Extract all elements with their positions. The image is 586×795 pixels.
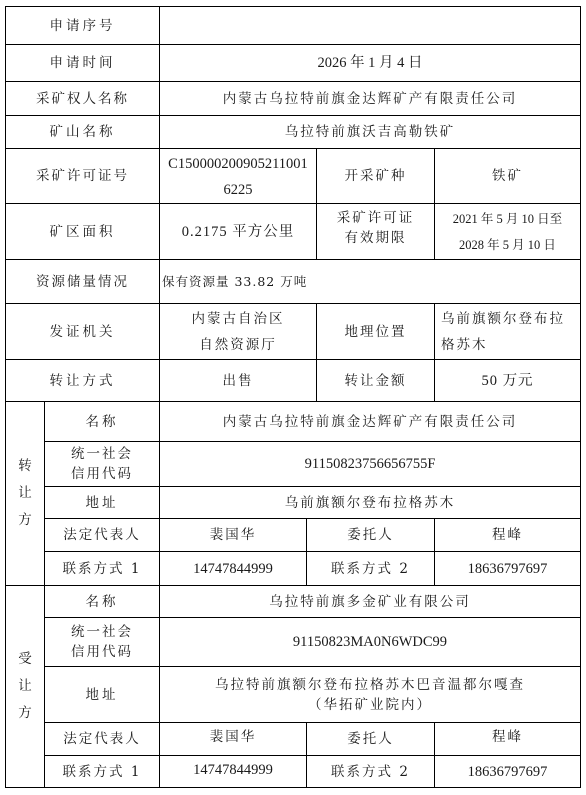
- transfer-method-label: 转让方式: [5, 359, 160, 402]
- validity-label: 采矿许可证 有效期限: [316, 203, 435, 260]
- reserves-label: 资源储量情况: [5, 259, 160, 304]
- transferor-credit-code-value: 91150823756656755F: [159, 441, 581, 487]
- transferee-contact1-value: 14747844999: [159, 755, 307, 788]
- transferee-contact2-label: 联系方式 2: [306, 755, 435, 788]
- transferor-contact1-label: 联系方式 1: [44, 551, 160, 586]
- transferee-contact1-label: 联系方式 1: [44, 755, 160, 788]
- holder-name-value: 内蒙古乌拉特前旗金达辉矿产有限责任公司: [159, 81, 581, 116]
- transferor-agent-label: 委托人: [306, 518, 435, 552]
- transferee-char-1: 受: [18, 646, 32, 673]
- mineral-type-value: 铁矿: [434, 148, 581, 204]
- transferor-agent-value: 程峰: [434, 518, 581, 552]
- transfer-amount-label: 转让金额: [316, 359, 435, 402]
- transferor-contact2-value: 18636797697: [434, 551, 581, 586]
- application-no-value: [159, 6, 581, 45]
- area-label: 矿区面积: [5, 203, 160, 260]
- mineral-type-label: 开采矿种: [316, 148, 435, 204]
- transferor-address-label: 地址: [44, 486, 160, 519]
- application-date-value: 2026 年 1 月 4 日: [159, 44, 581, 82]
- transferor-char-2: 让: [18, 480, 32, 507]
- transferee-address-value: 乌拉特前旗额尔登布拉格苏木巴音温都尔嘎查 （华拓矿业院内）: [159, 666, 581, 723]
- transferor-legal-rep-value: 裴国华: [159, 518, 307, 552]
- transferor-credit-code-label: 统一社会 信用代码: [44, 441, 160, 487]
- transferee-legal-rep-value: 裴国华: [159, 722, 307, 756]
- application-no-label: 申请序号: [5, 6, 160, 45]
- transferee-agent-value: 程峰: [434, 722, 581, 756]
- transferor-contact1-value: 14747844999: [159, 551, 307, 586]
- transferee-agent-label: 委托人: [306, 722, 435, 756]
- transferee-char-3: 方: [18, 700, 32, 727]
- location-value: 乌前旗额尔登布拉 格苏木: [434, 303, 581, 360]
- transferor-contact2-label: 联系方式 2: [306, 551, 435, 586]
- transferee-contact2-value: 18636797697: [434, 755, 581, 788]
- mine-name-label: 矿山名称: [5, 115, 160, 149]
- transferee-legal-rep-label: 法定代表人: [44, 722, 160, 756]
- transferor-name-label: 名称: [44, 401, 160, 442]
- transferee-address-label: 地址: [44, 666, 160, 723]
- application-date-label: 申请时间: [5, 44, 160, 82]
- issuer-label: 发证机关: [5, 303, 160, 360]
- transferee-credit-code-label: 统一社会 信用代码: [44, 617, 160, 667]
- transferor-name-value: 内蒙古乌拉特前旗金达辉矿产有限责任公司: [159, 401, 581, 442]
- transferor-section-label: 转 让 方: [5, 401, 45, 586]
- issuer-value: 内蒙古自治区 自然资源厅: [159, 303, 317, 360]
- transferee-credit-code-value: 91150823MA0N6WDC99: [159, 617, 581, 667]
- mine-name-value: 乌拉特前旗沃吉高勒铁矿: [159, 115, 581, 149]
- transferee-name-value: 乌拉特前旗多金矿业有限公司: [159, 585, 581, 618]
- holder-name-label: 采矿权人名称: [5, 81, 160, 116]
- license-no-value: C150000200905211001 6225: [159, 148, 317, 204]
- transfer-method-value: 出售: [159, 359, 317, 402]
- transfer-amount-value: 50 万元: [434, 359, 581, 402]
- transferee-char-2: 让: [18, 673, 32, 700]
- license-no-label: 采矿许可证号: [5, 148, 160, 204]
- reserves-value: 保有资源量 33.82 万吨: [159, 259, 581, 304]
- transferor-address-value: 乌前旗额尔登布拉格苏木: [159, 486, 581, 519]
- transferor-legal-rep-label: 法定代表人: [44, 518, 160, 552]
- validity-value: 2021 年 5 月 10 日至 2028 年 5 月 10 日: [434, 203, 581, 260]
- transferor-char-1: 转: [18, 453, 32, 480]
- transferee-section-label: 受 让 方: [5, 585, 45, 788]
- transferee-name-label: 名称: [44, 585, 160, 618]
- location-label: 地理位置: [316, 303, 435, 360]
- area-value: 0.2175 平方公里: [159, 203, 317, 260]
- transferor-char-3: 方: [18, 507, 32, 534]
